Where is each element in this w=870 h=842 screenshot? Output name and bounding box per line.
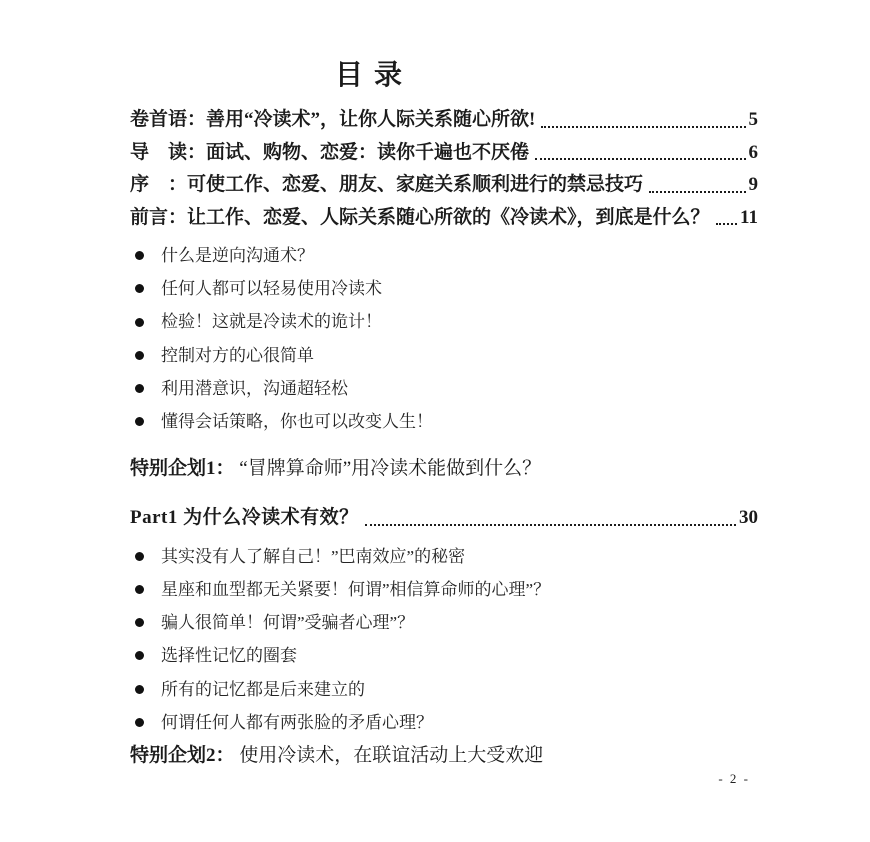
list-item-text: 懂得会话策略，你也可以改变人生！ <box>161 405 433 438</box>
dot-leader <box>716 223 738 225</box>
special-feature-label: 特别企划1： <box>130 458 235 479</box>
list-item: 所有的记忆都是后来建立的 <box>130 673 758 706</box>
toc-entry-label: 卷首语：善用“冷读术”，让你人际关系随心所欲! <box>130 104 535 137</box>
list-item: 任何人都可以轻易使用冷读术 <box>130 272 758 305</box>
list-item: 利用潜意识，沟通超轻松 <box>130 372 758 405</box>
bullet-icon <box>135 417 144 426</box>
list-item: 其实没有人了解自己！”巴南效应”的秘密 <box>130 540 758 573</box>
page-title: 目 录 <box>130 58 758 94</box>
toc-entry-page: 5 <box>749 104 759 137</box>
toc-entry-foreword: 前言：让工作、恋爱、人际关系随心所欲的《冷读术》，到底是什么？ 11 <box>130 202 758 235</box>
list-item-text: 骗人很简单！何谓”受骗者心理”？ <box>161 606 414 639</box>
toc-entry-label: 序 ：可使工作、恋爱、朋友、家庭关系顺利进行的禁忌技巧 <box>130 169 643 202</box>
list-item-text: 任何人都可以轻易使用冷读术 <box>161 272 382 305</box>
list-item-text: 其实没有人了解自己！”巴南效应”的秘密 <box>161 540 465 573</box>
list-item-text: 控制对方的心很简单 <box>161 339 314 372</box>
special-feature-text: 使用冷读术，在联谊活动上大受欢迎 <box>239 745 543 766</box>
toc-entry-part1: Part1 为什么冷读术有效？ 30 <box>130 502 758 535</box>
list-item-text: 何谓任何人都有两张脸的矛盾心理？ <box>161 706 433 739</box>
list-item: 选择性记忆的圈套 <box>130 639 758 672</box>
document-page: 目 录 卷首语：善用“冷读术”，让你人际关系随心所欲! 5 导 读：面试、购物、… <box>0 0 870 842</box>
dot-leader <box>365 524 736 526</box>
list-item: 检验！这就是冷读术的诡计！ <box>130 305 758 338</box>
toc-entry-page: 6 <box>749 137 759 170</box>
toc-entry-order: 序 ：可使工作、恋爱、朋友、家庭关系顺利进行的禁忌技巧 9 <box>130 169 758 202</box>
part1-bullet-list: 其实没有人了解自己！”巴南效应”的秘密 星座和血型都无关紧要！何谓”相信算命师的… <box>130 540 758 739</box>
list-item: 懂得会话策略，你也可以改变人生！ <box>130 405 758 438</box>
list-item-text: 所有的记忆都是后来建立的 <box>161 673 365 706</box>
bullet-icon <box>135 384 144 393</box>
list-item-text: 星座和血型都无关紧要！何谓”相信算命师的心理”？ <box>161 573 550 606</box>
list-item-text: 什么是逆向沟通术？ <box>161 239 314 272</box>
list-item: 什么是逆向沟通术？ <box>130 239 758 272</box>
special-feature-label: 特别企划2： <box>130 745 235 766</box>
list-item-text: 利用潜意识，沟通超轻松 <box>161 372 348 405</box>
toc-entry-label: Part1 为什么冷读术有效？ <box>130 502 359 535</box>
bullet-icon <box>135 585 144 594</box>
special-feature-1: 特别企划1： “冒牌算命师”用冷读术能做到什么？ <box>130 452 758 485</box>
list-item-text: 选择性记忆的圈套 <box>161 639 297 672</box>
list-item: 星座和血型都无关紧要！何谓”相信算命师的心理”？ <box>130 573 758 606</box>
toc-entry-label: 前言：让工作、恋爱、人际关系随心所欲的《冷读术》，到底是什么？ <box>130 202 710 235</box>
toc-entry-page: 9 <box>749 169 759 202</box>
dot-leader <box>535 158 745 160</box>
bullet-icon <box>135 685 144 694</box>
bullet-icon <box>135 552 144 561</box>
page-number: - 2 - <box>718 771 750 787</box>
toc-entry-page: 11 <box>740 202 758 235</box>
list-item: 骗人很简单！何谓”受骗者心理”？ <box>130 606 758 639</box>
bullet-icon <box>135 284 144 293</box>
bullet-icon <box>135 318 144 327</box>
dot-leader <box>541 126 745 128</box>
toc-entry-guide: 导 读：面试、购物、恋爱：读你千遍也不厌倦 6 <box>130 137 758 170</box>
bullet-icon <box>135 351 144 360</box>
special-feature-text: “冒牌算命师”用冷读术能做到什么？ <box>239 458 541 479</box>
list-item: 控制对方的心很简单 <box>130 339 758 372</box>
toc-entry-page: 30 <box>739 502 758 535</box>
bullet-icon <box>135 251 144 260</box>
toc-entry-preface: 卷首语：善用“冷读术”，让你人际关系随心所欲! 5 <box>130 104 758 137</box>
dot-leader <box>649 191 745 193</box>
bullet-icon <box>135 651 144 660</box>
list-item-text: 检验！这就是冷读术的诡计！ <box>161 305 382 338</box>
intro-bullet-list: 什么是逆向沟通术？ 任何人都可以轻易使用冷读术 检验！这就是冷读术的诡计！ 控制… <box>130 239 758 438</box>
special-feature-2: 特别企划2： 使用冷读术，在联谊活动上大受欢迎 <box>130 739 758 772</box>
bullet-icon <box>135 718 144 727</box>
bullet-icon <box>135 618 144 627</box>
toc-entry-label: 导 读：面试、购物、恋爱：读你千遍也不厌倦 <box>130 137 529 170</box>
list-item: 何谓任何人都有两张脸的矛盾心理？ <box>130 706 758 739</box>
